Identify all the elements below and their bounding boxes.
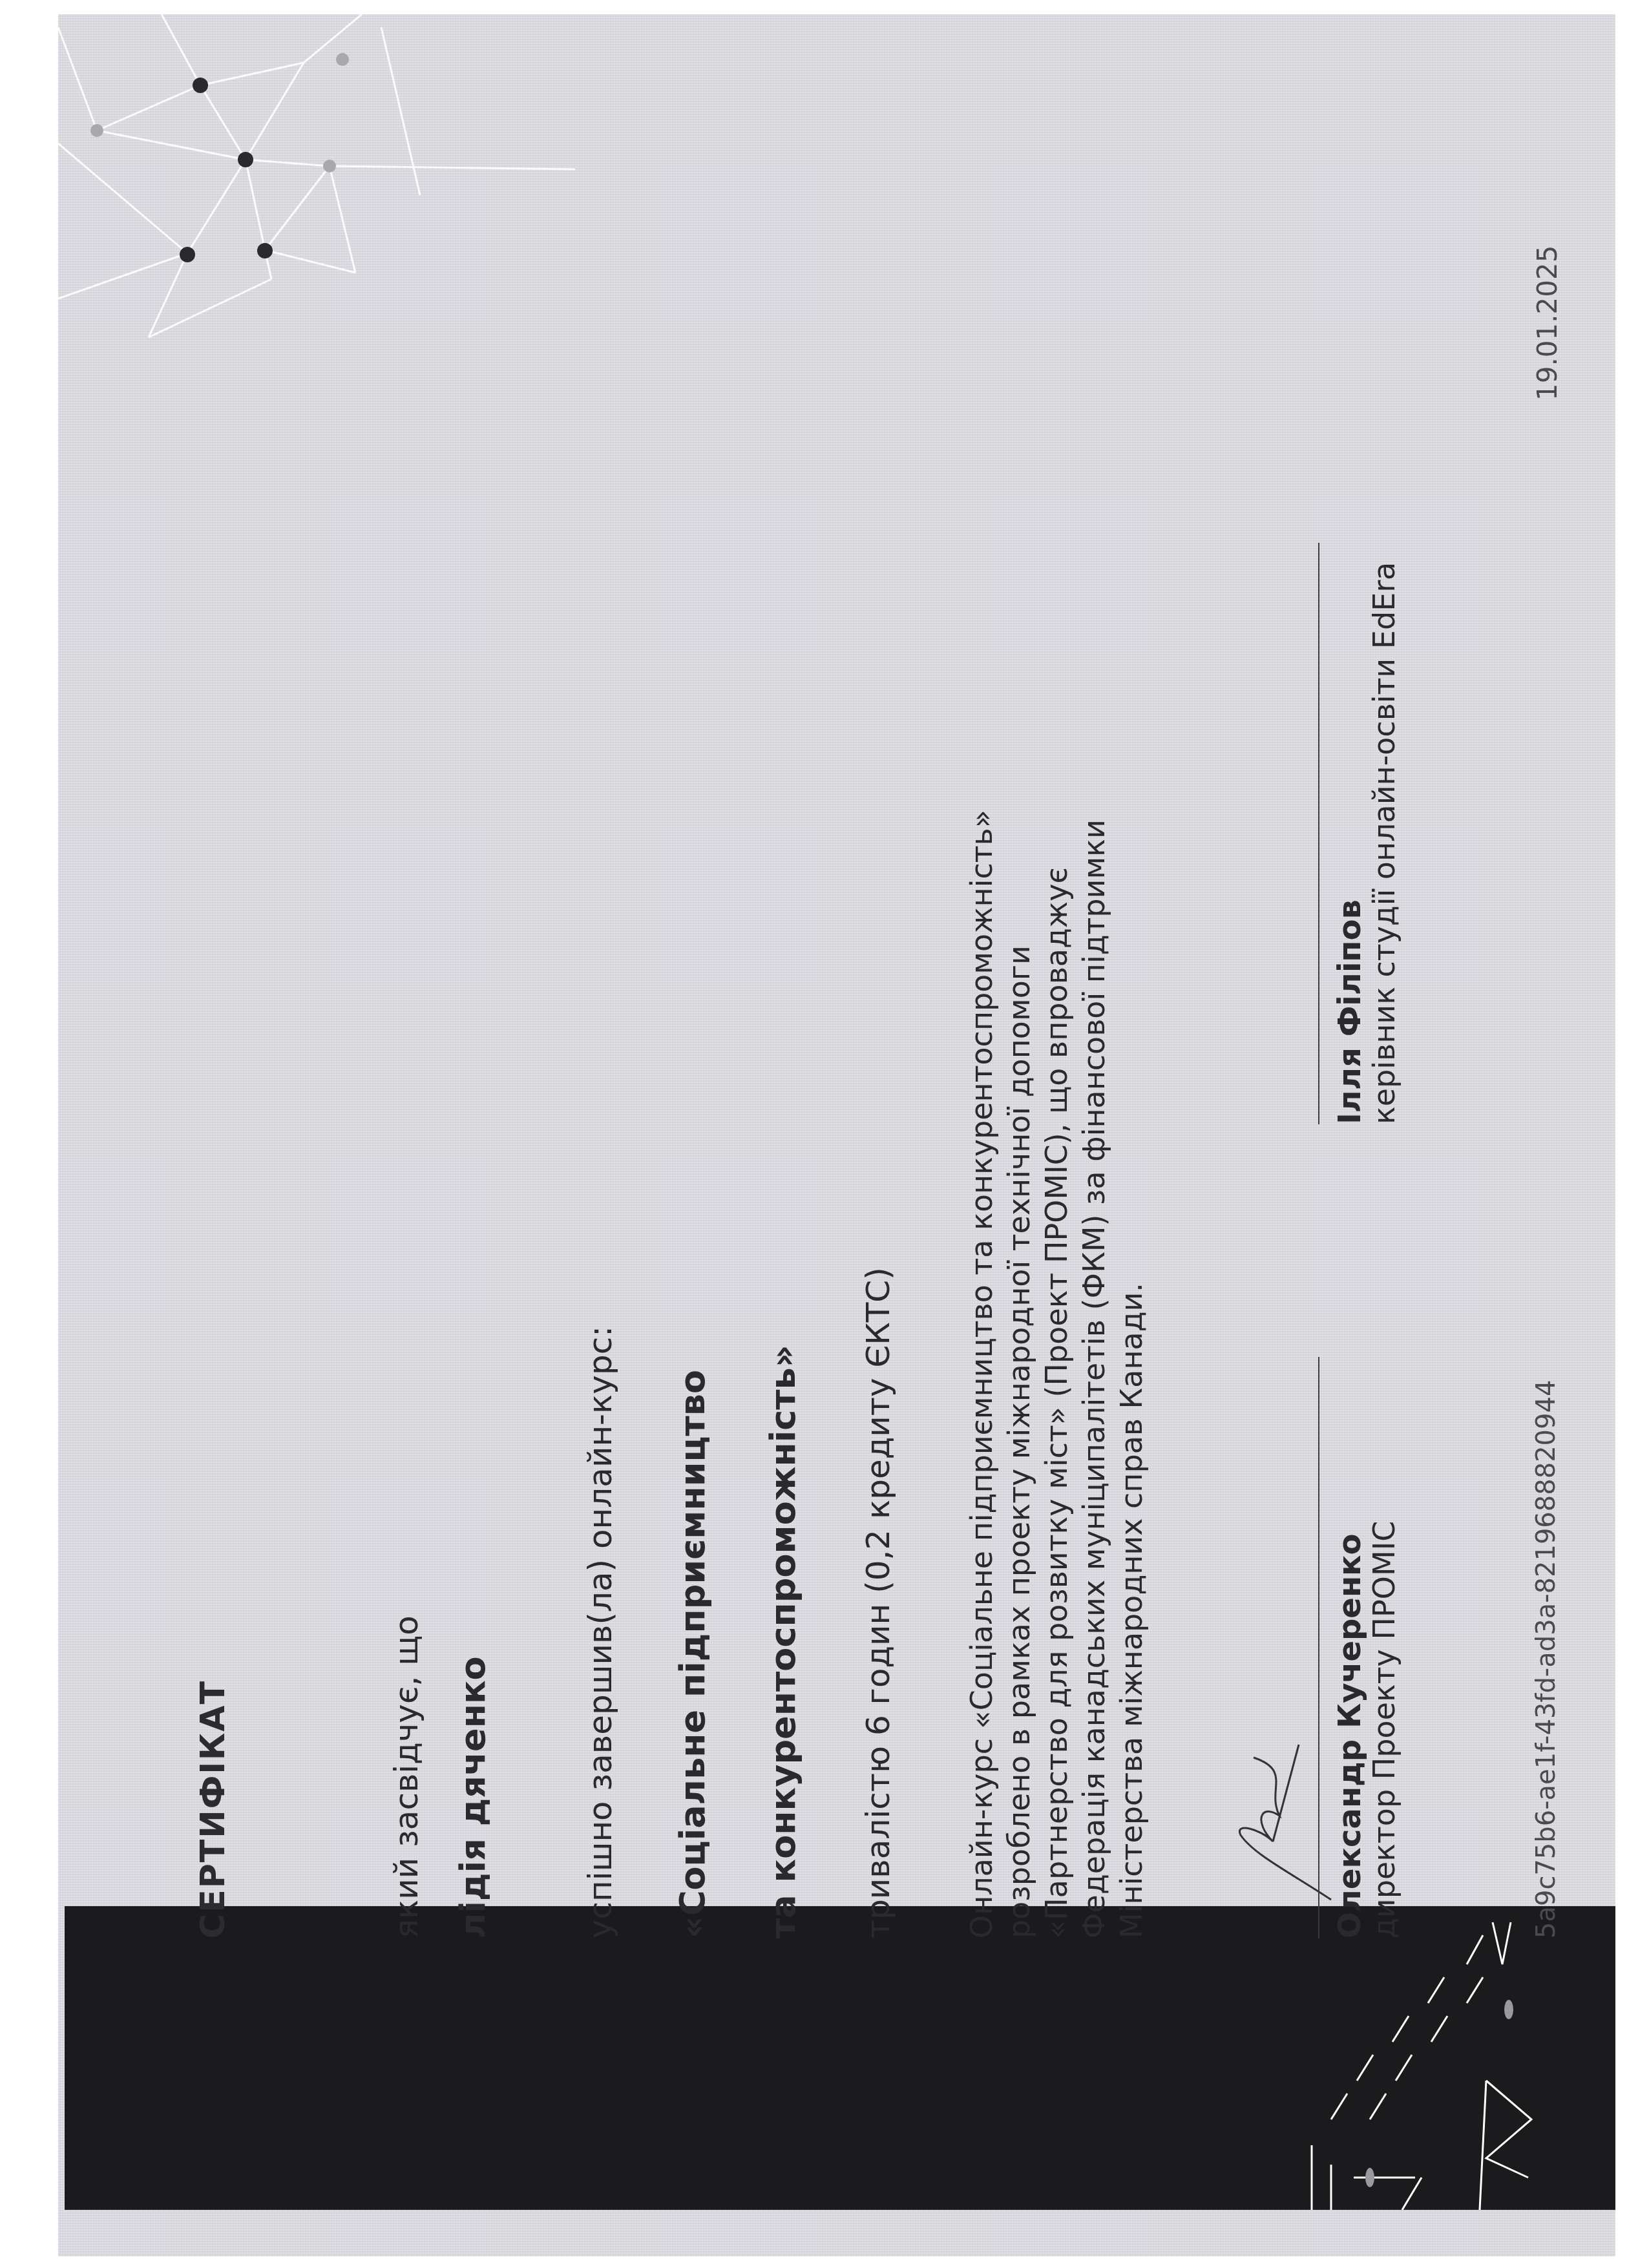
signature-line <box>1318 543 1319 1124</box>
course-description: Онлайн-курс «Соціальне підприємництво та… <box>963 808 1150 1938</box>
intro-text: який засвідчує, що <box>388 1615 425 1938</box>
issue-date: 19.01.2025 <box>1531 246 1563 401</box>
geometric-pattern-icon <box>65 1906 1615 2210</box>
course-duration: тривалістю 6 годин (0,2 кредиту ЄКТС) <box>859 1267 897 1938</box>
signatory-role: директор Проекту ПРОМІС <box>1367 1260 1401 1938</box>
dark-band <box>65 1906 1615 2255</box>
signature-line <box>1318 1357 1319 1938</box>
completion-text: успішно завершив(ла) онлайн-курс: <box>582 1326 619 1938</box>
signatory-name: Олександр Кучеренко <box>1332 1260 1367 1938</box>
recipient-name: лідія дяченко <box>452 1656 493 1938</box>
signatory-role: керівник студії онлайн-освіти EdEra <box>1367 543 1401 1124</box>
course-title-line2: та конкурентоспроможність» <box>762 1345 803 1938</box>
certificate-content: СЕРТИФІКАТ який засвідчує, що лідія дяче… <box>168 32 1590 1938</box>
certificate-title: СЕРТИФІКАТ <box>194 1680 233 1938</box>
certificate-code: 5a9c75b6-ae1f-43fd-ad3a-8219688820944 <box>1531 1380 1561 1938</box>
signatory-name: Ілля Філіпов <box>1332 446 1367 1124</box>
signatory-1: Олександр Кучеренко директор Проекту ПРО… <box>1318 1260 1401 1938</box>
course-title-line1: «Соціальне підприємництво <box>672 1370 713 1938</box>
signatory-2: Ілля Філіпов керівник студії онлайн-осві… <box>1318 446 1401 1124</box>
